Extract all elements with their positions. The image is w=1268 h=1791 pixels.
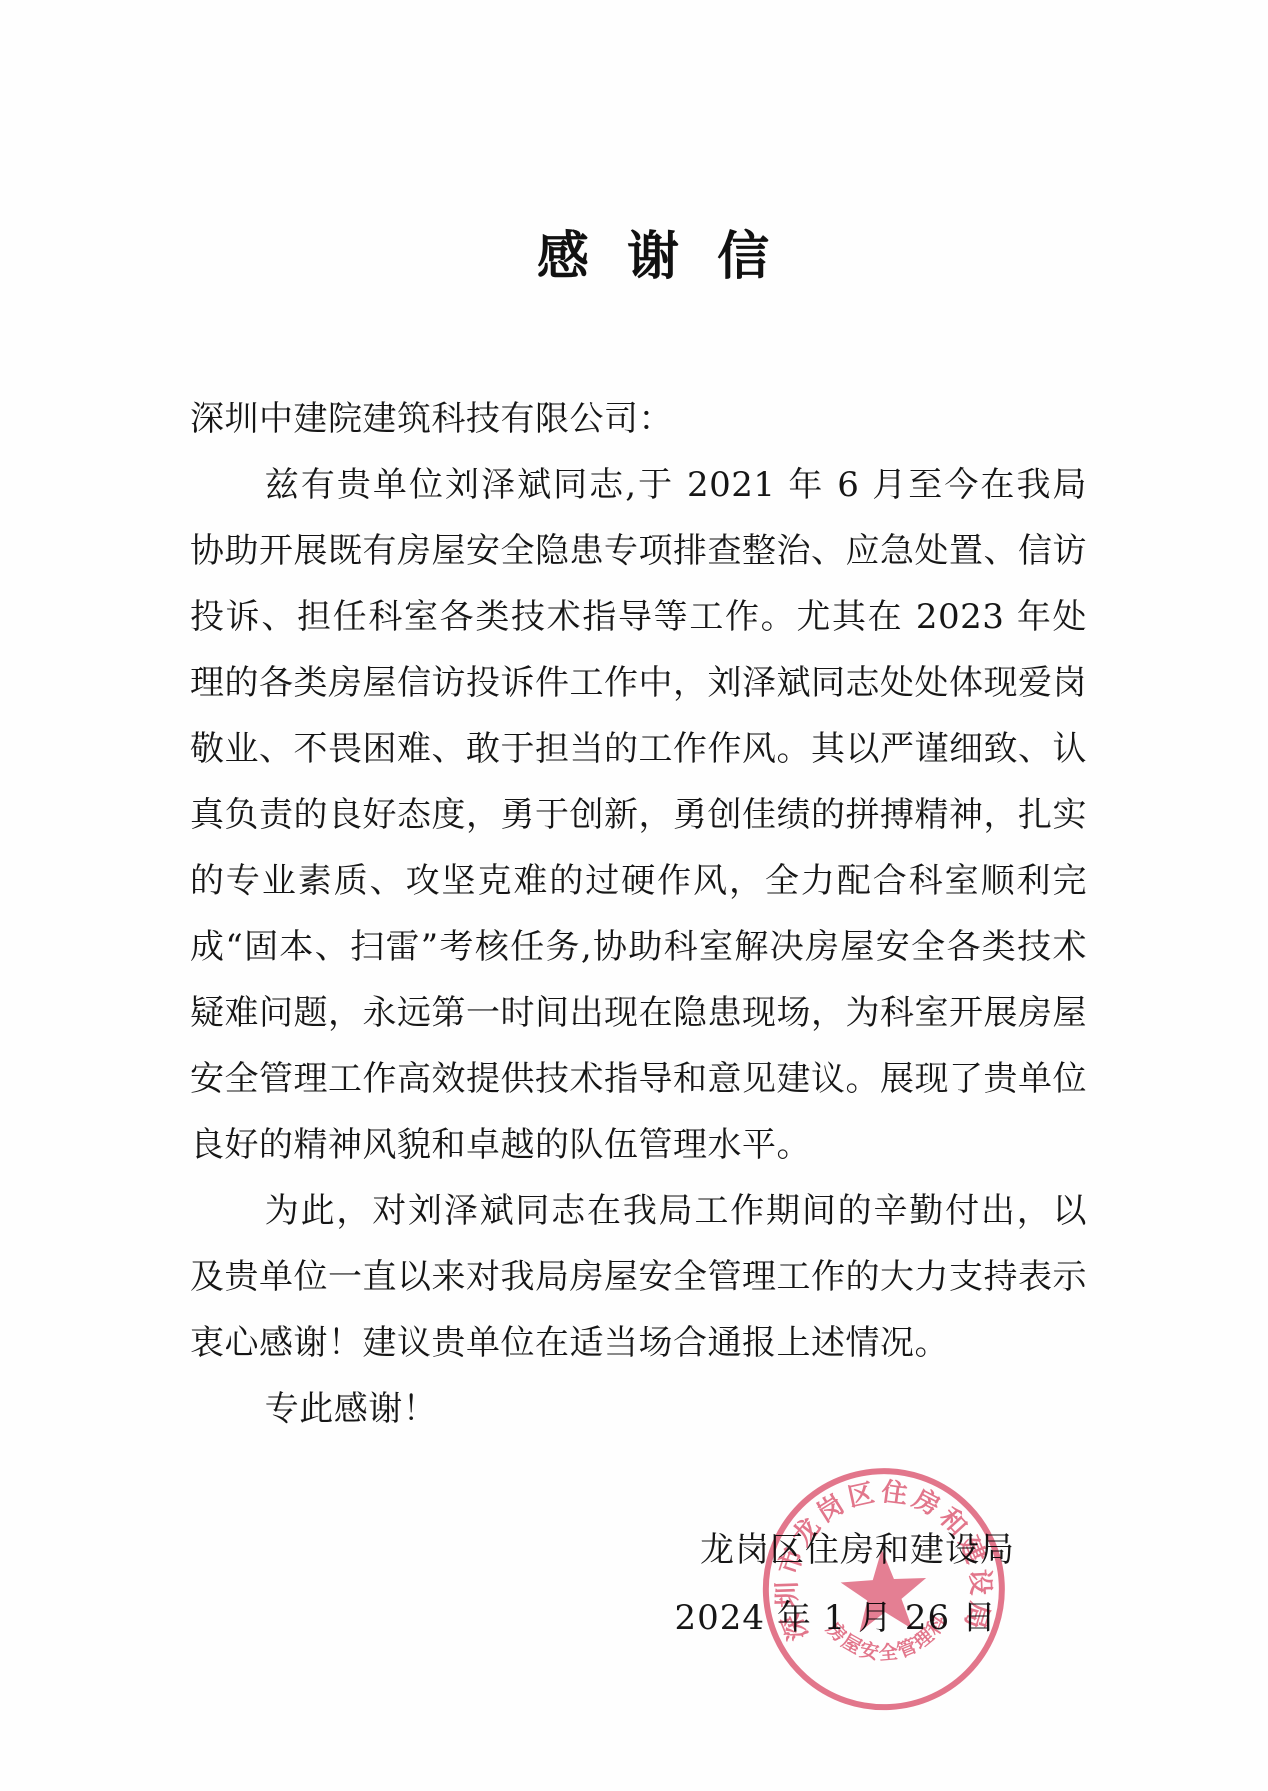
letter-title: 感 谢 信 bbox=[24, 214, 1268, 289]
signature-organization: 龙岗区住房和建设局 bbox=[675, 1528, 1015, 1572]
paragraph-closing: 专此感谢！ bbox=[190, 1376, 1087, 1442]
signature-date: 2024 年 1 月 26 日 bbox=[675, 1596, 1015, 1640]
paragraph-main: 兹有贵单位刘泽斌同志,于 2021 年 6 月至今在我局协助开展既有房屋安全隐患… bbox=[190, 452, 1087, 1178]
salutation: 深圳中建院建筑科技有限公司： bbox=[190, 386, 1087, 452]
signature-block: 龙岗区住房和建设局 2024 年 1 月 26 日 bbox=[675, 1528, 1015, 1640]
letter-page: 感 谢 信 深圳中建院建筑科技有限公司： 兹有贵单位刘泽斌同志,于 2021 年… bbox=[0, 0, 1268, 1791]
letter-body: 深圳中建院建筑科技有限公司： 兹有贵单位刘泽斌同志,于 2021 年 6 月至今… bbox=[190, 386, 1087, 1442]
paragraph-thanks: 为此，对刘泽斌同志在我局工作期间的辛勤付出，以及贵单位一直以来对我局房屋安全管理… bbox=[190, 1178, 1087, 1376]
